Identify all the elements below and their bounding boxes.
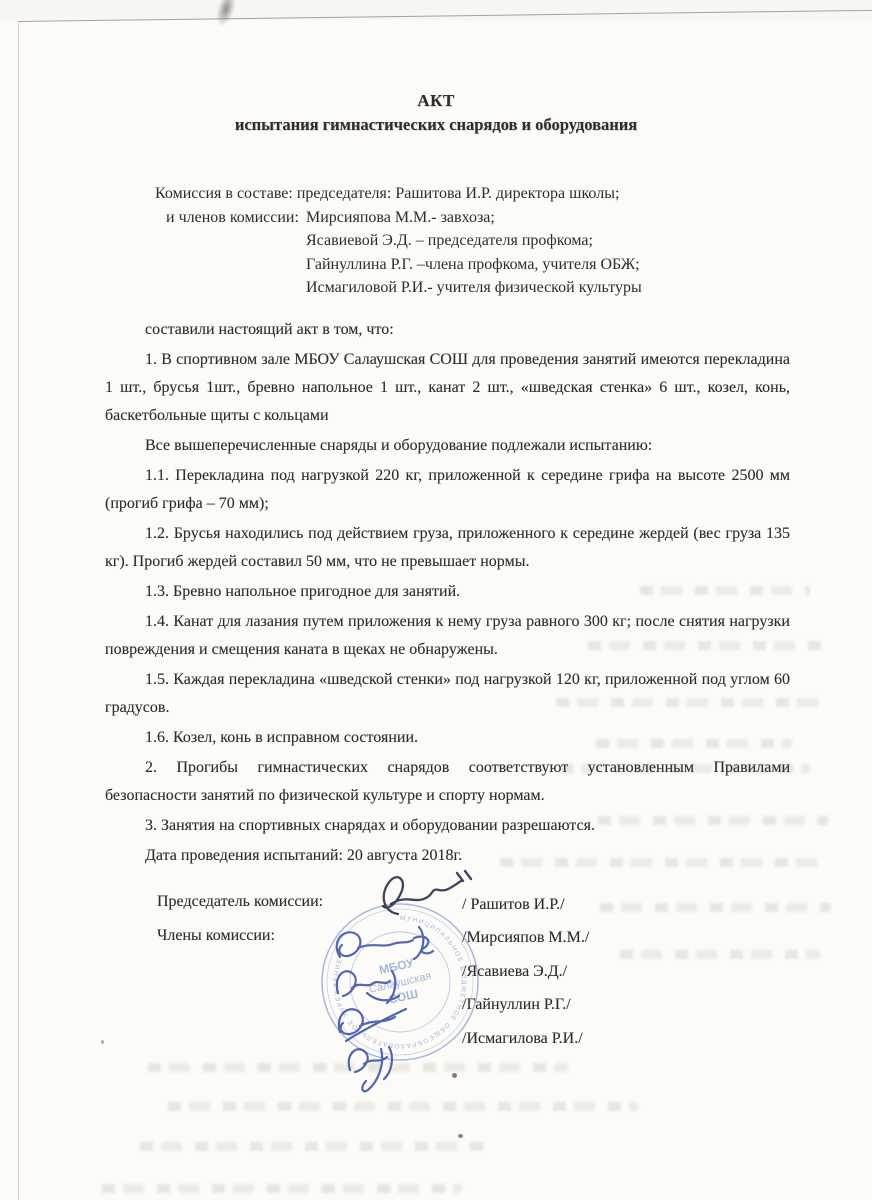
paragraph-1-3: 1.3. Бревно напольное пригодное для заня… [105, 578, 790, 606]
members-label: Члены комиссии: [157, 927, 275, 945]
stamp-center-line2: Салаушская [368, 970, 433, 996]
bleedthrough-mark [620, 950, 820, 959]
signature-name-mirsiyapov: /Мирсияпов М.М./ [462, 929, 589, 947]
commission-composition-line: Комиссия в составе: председателя: Рашито… [155, 182, 872, 206]
paragraph-testing-intro: Все вышеперечисленные снаряды и оборудов… [105, 432, 790, 460]
commission-members-label: и членов комиссии: [166, 206, 306, 300]
signature-gainullin-ink [339, 1009, 406, 1041]
chair-label: Председатель комиссии: [157, 893, 323, 911]
commission-member: Мирсияпова М.М.- завхоза; [306, 206, 872, 230]
stamp-center-line3: СОШ [387, 986, 419, 1006]
stamp-center-line1: МБОУ [378, 956, 416, 978]
paragraph-1-6: 1.6. Козел, конь в исправном состоянии. [105, 724, 790, 752]
stamp-ring-text: МУНИЦИПАЛЬНОЕ БЮДЖЕТНОЕ ОБЩЕОБРАЗОВАТЕЛЬ… [333, 915, 467, 1049]
commission-member: Гайнуллина Р.Г. –члена профкома, учителя… [306, 253, 872, 277]
signature-rashitov-ink [383, 871, 471, 914]
bleedthrough-mark [600, 903, 830, 912]
signature-name-yasavieva: /Ясавиева Э.Д./ [462, 963, 567, 981]
scan-edge-left-line [18, 21, 19, 1200]
official-stamp [322, 904, 478, 1060]
commission-member: Исмагиловой Р.И.- учителя физической кул… [306, 276, 872, 300]
commission-members-list: Мирсияпова М.М.- завхоза; Ясавиевой Э.Д.… [306, 206, 872, 300]
ink-dot [458, 1134, 463, 1138]
signature-name-ismagilova: /Исмагилова Р.И./ [462, 1030, 583, 1048]
bleedthrough-mark [148, 1063, 568, 1072]
bleedthrough-mark [168, 1102, 638, 1111]
bleedthrough-mark [102, 1184, 462, 1193]
document-body: составили настоящий акт в том, что: 1. В… [105, 316, 790, 870]
bleedthrough-mark [140, 1142, 490, 1151]
signature-name-gainullin: /Гайнуллин Р.Г./ [462, 996, 571, 1014]
document-page: АКТ испытания гимнастических снарядов и … [0, 0, 872, 1200]
stamp-and-signatures-overlay: МУНИЦИПАЛЬНОЕ БЮДЖЕТНОЕ ОБЩЕОБРАЗОВАТЕЛЬ… [280, 860, 560, 1110]
title-block: АКТ испытания гимнастических снарядов и … [0, 0, 872, 138]
intro-line: составили настоящий акт в том, что: [105, 316, 790, 344]
signature-mirsiyapov-ink [337, 927, 433, 959]
paragraph-1-5: 1.5. Каждая перекладина «шведской стенки… [105, 666, 790, 722]
paragraph-1-1: 1.1. Перекладина под нагрузкой 220 кг, п… [105, 462, 790, 518]
paragraph-1-4: 1.4. Канат для лазания путем приложения … [105, 608, 790, 664]
paragraph-3: 3. Занятия на спортивных снарядах и обор… [105, 812, 790, 840]
date-line: Дата проведения испытаний: 20 августа 20… [105, 842, 790, 870]
ink-dot [101, 1040, 104, 1044]
paragraph-1-2: 1.2. Брусья находились под действием гру… [105, 520, 790, 576]
commission-block: Комиссия в составе: председателя: Рашито… [155, 182, 872, 300]
paragraph-1: 1. В спортивном зале МБОУ Салаушская СОШ… [105, 346, 790, 430]
paragraph-2: 2. Прогибы гимнастических снарядов соотв… [105, 754, 790, 810]
signature-name-rashitov: / Рашитов И.Р./ [462, 896, 565, 914]
commission-member: Ясавиевой Э.Д. – председателя профкома; [306, 229, 872, 253]
document-subtitle: испытания гимнастических снарядов и обор… [0, 112, 872, 138]
document-title: АКТ [0, 90, 872, 112]
ink-dot [452, 1073, 457, 1078]
commission-members-row: и членов комиссии: Мирсияпова М.М.- завх… [166, 206, 872, 300]
svg-text:МУНИЦИПАЛЬНОЕ БЮДЖЕТНОЕ ОБЩЕОБ: МУНИЦИПАЛЬНОЕ БЮДЖЕТНОЕ ОБЩЕОБРАЗОВАТЕЛЬ… [333, 915, 467, 1049]
signature-yasavieva-ink [337, 971, 399, 1003]
